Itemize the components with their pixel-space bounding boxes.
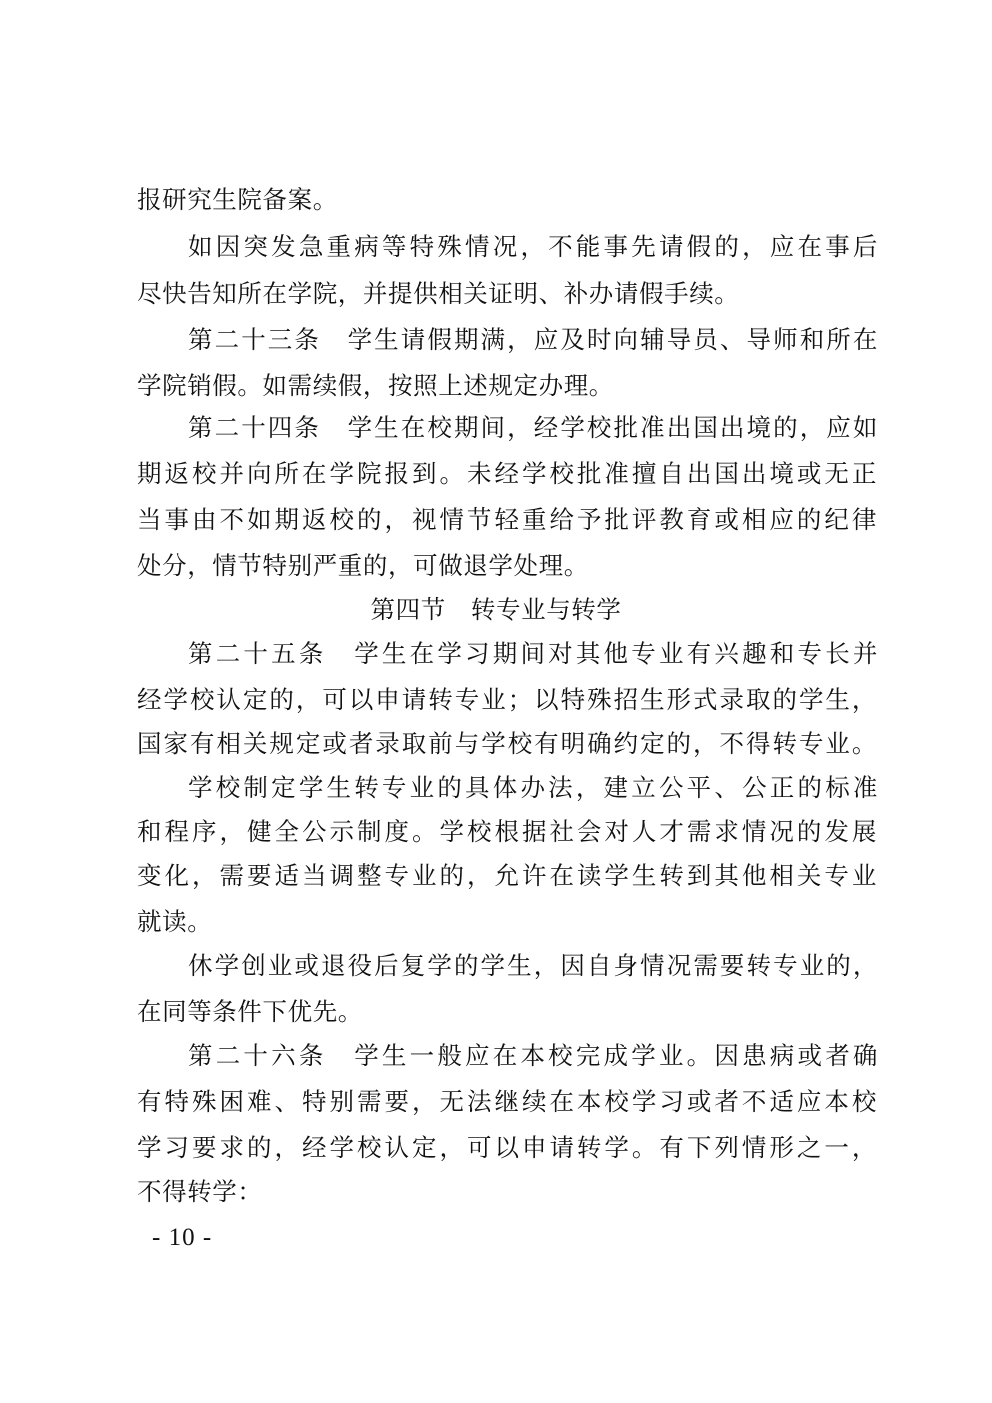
- article-24-line: 第二十四条 学生在校期间，经学校批准出国出境的，应如: [188, 408, 878, 448]
- article-26-line: 第二十六条 学生一般应在本校完成学业。因患病或者确: [188, 1036, 878, 1076]
- paragraph-line: 和程序，健全公示制度。学校根据社会对人才需求情况的发展: [137, 812, 877, 852]
- document-page: 报研究生院备案。 如因突发急重病等特殊情况，不能事先请假的，应在事后 尽快告知所…: [0, 0, 992, 1403]
- paragraph-line: 学校制定学生转专业的具体办法，建立公平、公正的标准: [188, 768, 878, 808]
- paragraph-line: 经学校认定的，可以申请转专业；以特殊招生形式录取的学生，: [137, 680, 877, 720]
- paragraph-line: 报研究生院备案。: [137, 180, 877, 220]
- paragraph-line: 休学创业或退役后复学的学生，因自身情况需要转专业的，: [188, 946, 878, 986]
- paragraph-line: 在同等条件下优先。: [137, 992, 877, 1032]
- paragraph-line: 就读。: [137, 902, 877, 942]
- paragraph-line: 国家有相关规定或者录取前与学校有明确约定的，不得转专业。: [137, 724, 877, 764]
- paragraph-line: 尽快告知所在学院，并提供相关证明、补办请假手续。: [137, 274, 877, 314]
- paragraph-line: 当事由不如期返校的，视情节轻重给予批评教育或相应的纪律: [137, 500, 877, 540]
- paragraph-line: 处分，情节特别严重的，可做退学处理。: [137, 546, 877, 586]
- page-number: - 10 -: [152, 1218, 212, 1258]
- paragraph-line: 如因突发急重病等特殊情况，不能事先请假的，应在事后: [188, 227, 878, 267]
- paragraph-line: 学院销假。如需续假，按照上述规定办理。: [137, 366, 877, 406]
- paragraph-line: 变化，需要适当调整专业的，允许在读学生转到其他相关专业: [137, 856, 877, 896]
- section-heading: 第四节 转专业与转学: [0, 590, 992, 630]
- article-25-line: 第二十五条 学生在学习期间对其他专业有兴趣和专长并: [188, 634, 878, 674]
- paragraph-line: 不得转学：: [137, 1172, 877, 1212]
- article-23-line: 第二十三条 学生请假期满，应及时向辅导员、导师和所在: [188, 320, 878, 360]
- paragraph-line: 有特殊困难、特别需要，无法继续在本校学习或者不适应本校: [137, 1082, 877, 1122]
- paragraph-line: 学习要求的，经学校认定，可以申请转学。有下列情形之一，: [137, 1128, 877, 1168]
- paragraph-line: 期返校并向所在学院报到。未经学校批准擅自出国出境或无正: [137, 454, 877, 494]
